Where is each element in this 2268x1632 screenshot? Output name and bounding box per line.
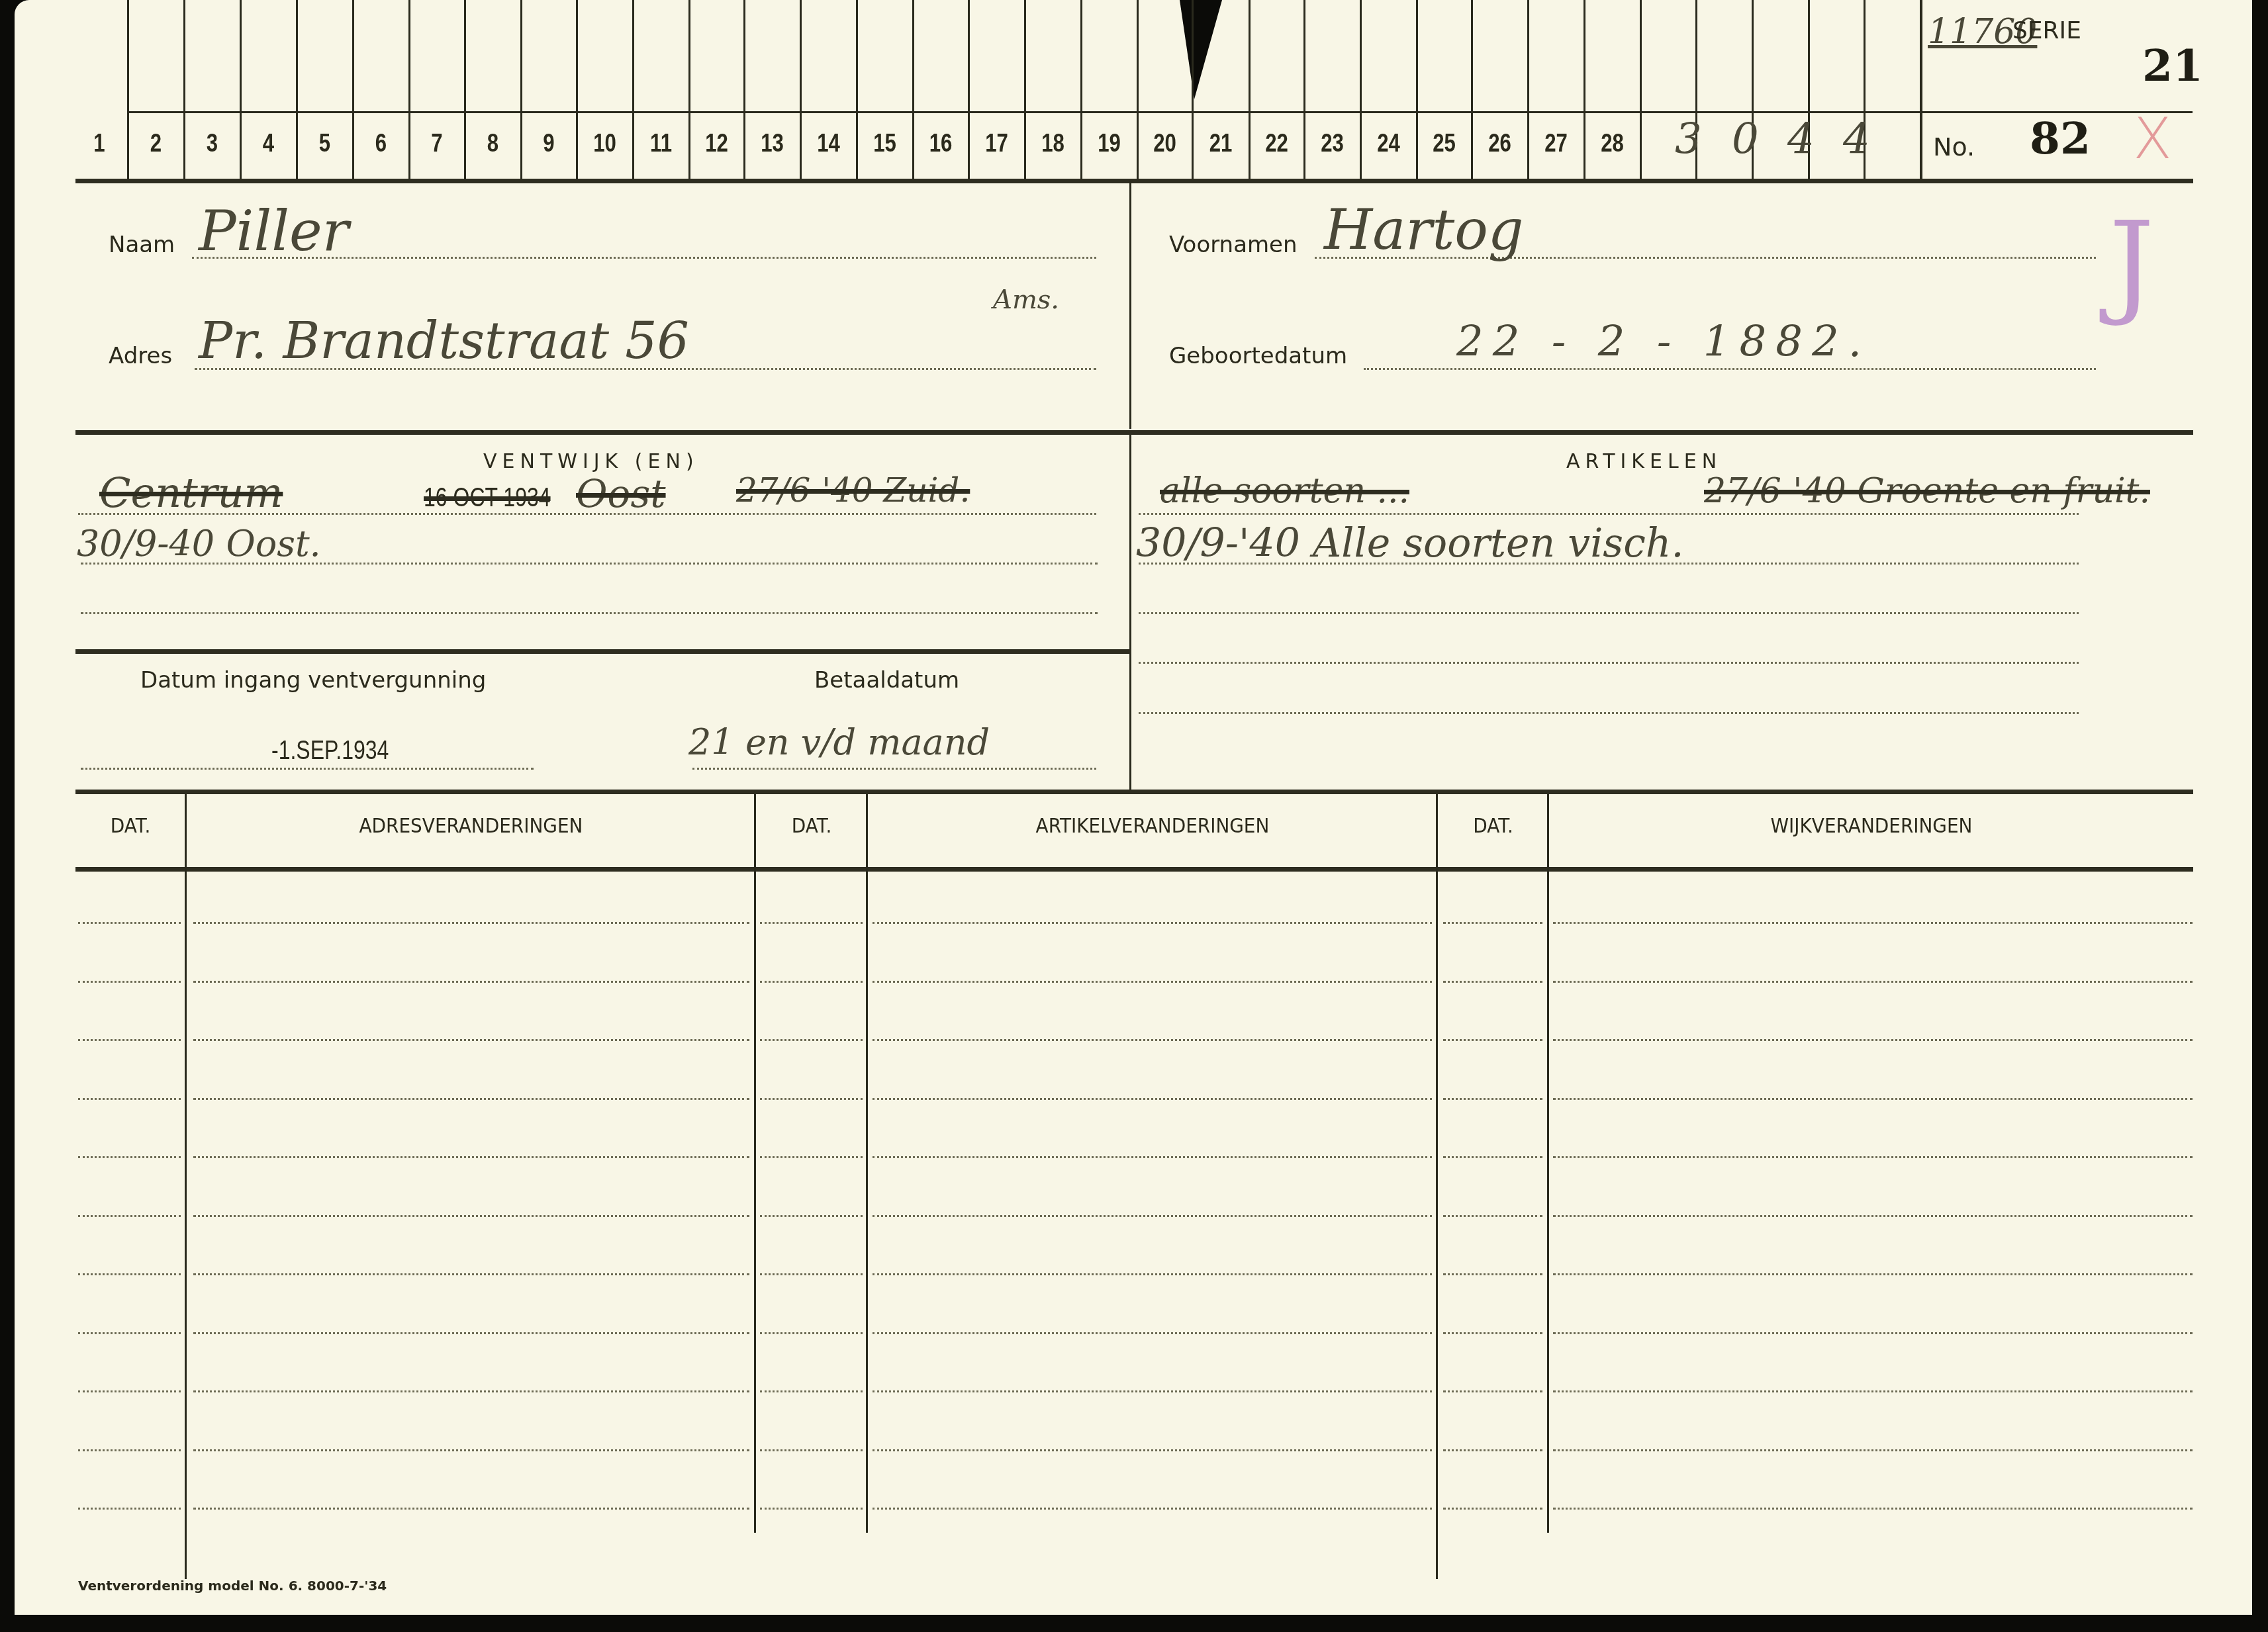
table-row-line: [193, 981, 749, 983]
artikelen-line-5: [1139, 712, 2079, 714]
table-row-line: [1553, 1039, 2193, 1041]
geboortedatum-value: 22 - 2 - 1882.: [1456, 318, 1871, 367]
table-row-line: [78, 1215, 181, 1217]
naam-value: Piller: [199, 199, 349, 263]
day-column-27: 27: [1533, 130, 1580, 158]
table-top-line: [75, 790, 2193, 794]
table-row-line: [193, 1156, 749, 1158]
grid-column-separator: [800, 0, 802, 179]
grid-column-separator: [688, 0, 690, 179]
day-column-23: 23: [1309, 130, 1356, 158]
table-row-line: [1553, 1156, 2193, 1158]
handwritten-digit-1: 3: [1675, 115, 1702, 164]
artikelen-title: ARTIKELEN: [1566, 450, 1722, 473]
table-row-line: [193, 1449, 749, 1451]
adres-value: Pr. Brandtstraat 56: [199, 311, 689, 370]
grid-column-separator: [1640, 0, 1642, 179]
table-row-line: [193, 1039, 749, 1041]
table-row-line: [78, 1039, 181, 1041]
table-row-line: [873, 1332, 1432, 1334]
ventwijk-date-stamp: 16 OCT 1934: [424, 483, 551, 513]
grid-column-separator: [743, 0, 745, 179]
serie-label: SERIE: [2012, 17, 2081, 44]
table-row-line: [1443, 1332, 1542, 1334]
ventwijk-bottom-line: [75, 649, 1131, 654]
section-divider-middle: [1129, 435, 1131, 791]
datum-ingang-stamp: -1.SEP.1934: [271, 736, 389, 766]
day-column-26: 26: [1477, 130, 1523, 158]
day-column-10: 10: [582, 130, 628, 158]
grid-column-separator: [464, 0, 466, 179]
table-row-line: [873, 1156, 1432, 1158]
day-column-22: 22: [1254, 130, 1299, 158]
handwritten-digit-2: 0: [1732, 115, 1759, 164]
table-row-line: [760, 1508, 863, 1510]
table-row-line: [78, 922, 181, 924]
grid-column-separator: [1137, 0, 1139, 179]
day-column-21: 21: [1198, 130, 1245, 158]
table-row-line: [760, 1098, 863, 1100]
table-row-line: [78, 1449, 181, 1451]
day-column-20: 20: [1142, 130, 1187, 158]
table-row-line: [760, 1273, 863, 1275]
table-row-line: [1443, 981, 1542, 983]
table-row-line: [193, 1508, 749, 1510]
table-row-line: [1443, 1508, 1542, 1510]
grid-column-separator: [183, 0, 185, 179]
violet-j-mark: J: [2109, 199, 2154, 330]
permit-card: [15, 0, 2252, 1615]
table-row-line: [1553, 922, 2193, 924]
adres-label: Adres: [109, 343, 172, 369]
grid-column-separator: [240, 0, 242, 179]
grid-column-separator: [296, 0, 298, 179]
table-row-line: [873, 922, 1432, 924]
table-row-line: [1553, 1098, 2193, 1100]
table-row-line: [873, 1273, 1432, 1275]
artikelen-line-3: [1139, 612, 2079, 614]
grid-column-separator: [1192, 0, 1194, 179]
grid-column-separator: [1583, 0, 1585, 179]
grid-mid-line: [127, 111, 2193, 113]
day-column-1: 1: [77, 130, 122, 158]
table-row-line: [873, 1508, 1432, 1510]
grid-column-separator: [1527, 0, 1529, 179]
ventwijk-line-1: [78, 513, 1096, 515]
grid-column-separator: [408, 0, 410, 179]
betaaldatum-value: 21 en v/d maand: [688, 721, 990, 763]
voornamen-label: Voornamen: [1169, 232, 1298, 258]
table-row-line: [78, 1390, 181, 1392]
table-row-line: [760, 1215, 863, 1217]
day-column-16: 16: [918, 130, 964, 158]
table-row-line: [1553, 1273, 2193, 1275]
day-column-8: 8: [470, 130, 516, 158]
artikelen-line1-struck2: 27/6-'40 Groente en fruit.: [1704, 471, 2150, 511]
table-col-divider-4: [1436, 794, 1438, 1579]
table-row-line: [1443, 922, 1542, 924]
day-column-11: 11: [638, 130, 685, 158]
grid-column-separator: [352, 0, 354, 179]
betaaldatum-line: [692, 768, 1096, 770]
ventwijk-line-2: [81, 563, 1098, 565]
grid-column-separator: [576, 0, 578, 179]
day-column-9: 9: [526, 130, 572, 158]
table-row-line: [1443, 1273, 1542, 1275]
table-row-line: [1553, 1390, 2193, 1392]
grid-column-separator: [856, 0, 858, 179]
red-x-mark: X: [2133, 106, 2172, 172]
table-row-line: [760, 981, 863, 983]
section-divider-top: [1129, 181, 1131, 429]
table-row-line: [78, 981, 181, 983]
col-header-dat-2: DAT.: [762, 814, 861, 838]
grid-column-separator: [1303, 0, 1305, 179]
day-column-28: 28: [1589, 130, 1636, 158]
table-row-line: [1443, 1156, 1542, 1158]
table-col-divider-1: [185, 794, 187, 1579]
table-row-line: [1553, 1332, 2193, 1334]
voornamen-value: Hartog: [1324, 197, 1524, 262]
artikelen-line-2: [1139, 563, 2079, 565]
table-col-divider-5: [1547, 794, 1549, 1533]
table-row-line: [78, 1273, 181, 1275]
table-row-line: [1553, 1449, 2193, 1451]
day-column-14: 14: [806, 130, 852, 158]
grid-column-separator: [1920, 0, 1922, 179]
grid-bottom-line: [75, 179, 2193, 183]
col-header-artikelveranderingen: ARTIKELVERANDERINGEN: [897, 814, 1408, 838]
table-row-line: [1443, 1449, 1542, 1451]
table-row-line: [193, 922, 749, 924]
betaaldatum-label: Betaaldatum: [814, 667, 959, 694]
table-col-divider-3: [866, 794, 868, 1533]
artikelen-line1-struck: alle soorten ...: [1160, 471, 1409, 511]
day-column-3: 3: [189, 130, 236, 158]
table-row-line: [760, 1039, 863, 1041]
ventwijk-line1-oost-struck: Oost: [576, 471, 666, 516]
card-notch: [1180, 0, 1222, 99]
table-row-line: [760, 1156, 863, 1158]
grid-column-separator: [1024, 0, 1026, 179]
table-header-line: [75, 867, 2193, 872]
ventwijk-line-3: [81, 612, 1098, 614]
ventwijk-line2: 30/9-40 Oost.: [77, 523, 321, 565]
table-row-line: [78, 1098, 181, 1100]
serie-value: 21: [2142, 40, 2203, 91]
table-row-line: [193, 1390, 749, 1392]
day-column-18: 18: [1030, 130, 1076, 158]
datum-ingang-label: Datum ingang ventvergunning: [140, 667, 486, 694]
geboortedatum-label: Geboortedatum: [1169, 343, 1347, 369]
adres-note: Ams.: [993, 285, 1059, 315]
grid-column-separator: [1360, 0, 1362, 179]
table-row-line: [760, 1390, 863, 1392]
day-column-24: 24: [1366, 130, 1412, 158]
table-row-line: [78, 1156, 181, 1158]
table-row-line: [873, 1449, 1432, 1451]
day-column-6: 6: [358, 130, 404, 158]
day-column-7: 7: [414, 130, 460, 158]
day-column-19: 19: [1086, 130, 1133, 158]
day-column-25: 25: [1421, 130, 1466, 158]
handwritten-digit-3: 4: [1787, 115, 1815, 164]
grid-column-separator: [1080, 0, 1082, 179]
day-column-4: 4: [246, 130, 292, 158]
grid-column-separator: [1416, 0, 1418, 179]
artikelen-line2: 30/9-'40 Alle soorten visch.: [1136, 520, 1683, 567]
grid-column-separator: [912, 0, 914, 179]
day-column-17: 17: [974, 130, 1020, 158]
table-row-line: [873, 1215, 1432, 1217]
table-row-line: [1443, 1215, 1542, 1217]
day-column-5: 5: [302, 130, 348, 158]
table-row-line: [873, 1098, 1432, 1100]
table-row-line: [873, 1390, 1432, 1392]
table-row-line: [78, 1332, 181, 1334]
table-row-line: [760, 1449, 863, 1451]
day-column-2: 2: [133, 130, 179, 158]
table-row-line: [873, 981, 1432, 983]
table-row-line: [760, 1332, 863, 1334]
col-header-dat-1: DAT.: [81, 814, 179, 838]
grid-column-separator: [1471, 0, 1473, 179]
section-line-middle: [75, 430, 2193, 435]
ventwijk-line1-zuid-struck: 27/6-'40 Zuid.: [736, 471, 970, 510]
grid-column-separator: [520, 0, 522, 179]
day-column-12: 12: [694, 130, 739, 158]
table-row-line: [193, 1332, 749, 1334]
grid-column-separator: [1249, 0, 1251, 179]
table-row-line: [78, 1508, 181, 1510]
table-col-divider-2: [754, 794, 756, 1533]
grid-column-separator: [127, 0, 129, 179]
table-row-line: [1553, 1215, 2193, 1217]
table-row-line: [760, 922, 863, 924]
table-row-line: [1443, 1039, 1542, 1041]
datum-ingang-line: [81, 768, 534, 770]
handwritten-digit-4: 4: [1843, 115, 1870, 164]
table-row-line: [193, 1273, 749, 1275]
table-row-line: [193, 1098, 749, 1100]
table-row-line: [873, 1039, 1432, 1041]
geboortedatum-field-line: [1364, 368, 2096, 370]
artikelen-line-4: [1139, 662, 2079, 664]
ventwijk-title: VENTWIJK (EN): [483, 450, 699, 473]
col-header-wijkveranderingen: WIJKVERANDERINGEN: [1582, 814, 2161, 838]
form-model-footer: Ventverordening model No. 6. 8000-7-'34: [78, 1578, 387, 1594]
table-row-line: [193, 1215, 749, 1217]
table-row-line: [1553, 981, 2193, 983]
grid-column-separator: [968, 0, 970, 179]
day-column-15: 15: [862, 130, 908, 158]
day-column-13: 13: [749, 130, 796, 158]
table-row-line: [1443, 1098, 1542, 1100]
col-header-adresveranderingen: ADRESVERANDERINGEN: [216, 814, 726, 838]
table-row-line: [1553, 1508, 2193, 1510]
artikelen-line-1: [1139, 513, 2079, 515]
naam-label: Naam: [109, 232, 175, 258]
no-label: No.: [1933, 132, 1975, 161]
grid-column-separator: [632, 0, 634, 179]
col-header-dat-3: DAT.: [1444, 814, 1542, 838]
no-value: 82: [2030, 113, 2091, 164]
ventwijk-line1-struck: Centrum: [99, 469, 283, 517]
table-row-line: [1443, 1390, 1542, 1392]
